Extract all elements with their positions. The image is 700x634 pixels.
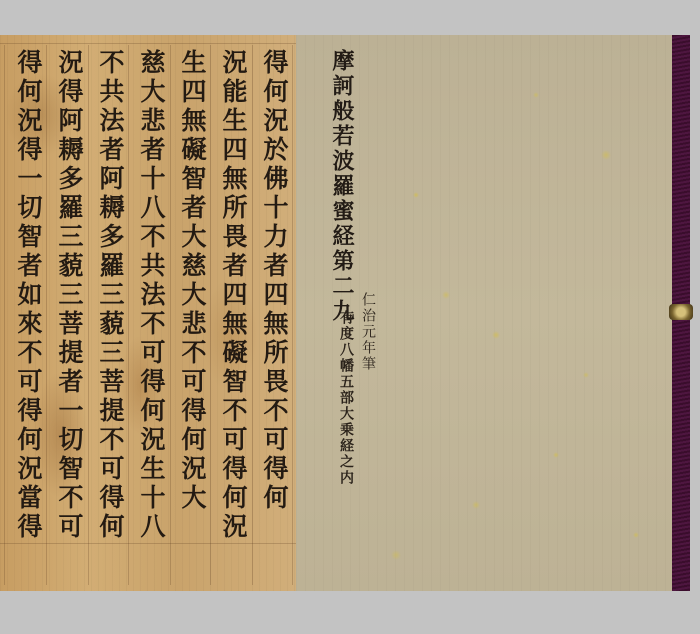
sutra-scroll: 得何況於佛十力者四無所畏不可得何 況能生四無所畏者四無礙智不可得何況 生四無礙智…: [0, 35, 700, 591]
sutra-column-5: 不共法者阿耨多羅三藐三菩提不可得何: [90, 49, 130, 542]
sutra-column-7: 得何況得一切智者如來不可得何況當得: [8, 49, 48, 542]
sutra-column-2: 況能生四無所畏者四無礙智不可得何況: [213, 49, 253, 542]
sutra-title: 摩訶般若波羅蜜経第二九: [318, 49, 358, 324]
origin-inscription: 有度八幡五部大乗経之内: [332, 310, 356, 486]
ruled-line: [4, 45, 5, 585]
date-inscription: 仁治元年筆: [354, 292, 378, 372]
ruled-line-top: [0, 43, 296, 44]
sutra-column-3: 生四無礙智者大慈大悲不可得何況大: [172, 49, 212, 513]
sutra-column-6: 況得阿耨多羅三藐三菩提者一切智不可: [49, 49, 89, 542]
cord-clasp-icon: [669, 304, 693, 320]
text-section: 得何況於佛十力者四無所畏不可得何 況能生四無所畏者四無礙智不可得何況 生四無礙智…: [0, 35, 296, 591]
sutra-column-4: 慈大悲者十八不共法不可得何況生十八: [131, 49, 171, 542]
sutra-column-1: 得何況於佛十力者四無所畏不可得何: [254, 49, 294, 513]
scroll-cover: 摩訶般若波羅蜜経第二九 仁治元年筆 有度八幡五部大乗経之内: [296, 35, 672, 591]
